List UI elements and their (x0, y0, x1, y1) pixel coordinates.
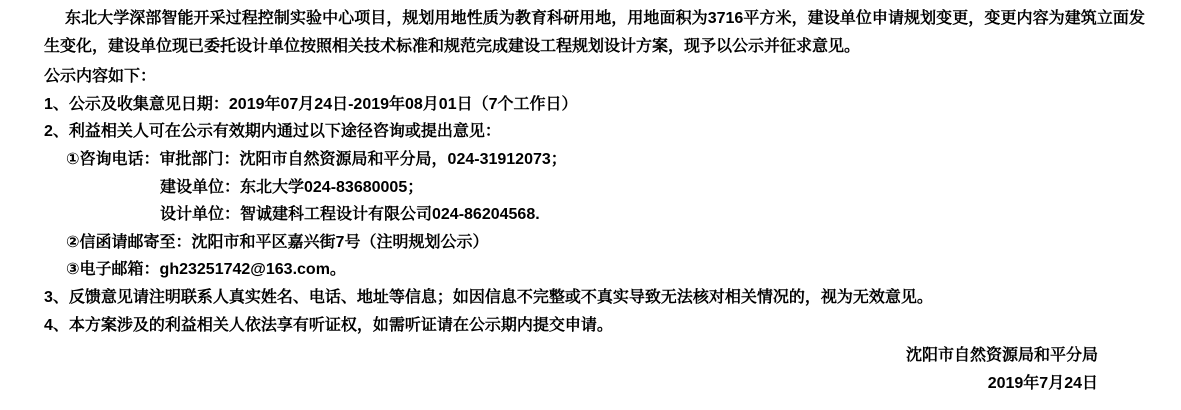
issue-date: 2019年7月24日 (44, 370, 1098, 398)
notice-item-4-hearing-rights: 4、本方案涉及的利益相关人依法享有听证权，如需听证请在公示期内提交申请。 (44, 312, 1145, 340)
contact-phone-construction-unit: 建设单位：东北大学024-83680005； (44, 174, 1145, 202)
contact-email: ③电子邮箱：gh23251742@163.com。 (44, 256, 1145, 284)
notice-item-2-feedback-channels: 2、利益相关人可在公示有效期内通过以下途径咨询或提出意见： (44, 118, 1145, 146)
contact-mail-address: ②信函请邮寄至：沈阳市和平区嘉兴街7号（注明规划公示） (44, 229, 1145, 257)
notice-document: 东北大学深部智能开采过程控制实验中心项目，规划用地性质为教育科研用地，用地面积为… (0, 0, 1181, 410)
notice-item-3-feedback-requirements: 3、反馈意见请注明联系人真实姓名、电话、地址等信息；如因信息不完整或不真实导致无… (44, 284, 1145, 312)
notice-item-1-publicity-dates: 1、公示及收集意见日期：2019年07月24日-2019年08月01日（7个工作… (44, 91, 1145, 119)
contact-phone-approval-department: ①咨询电话：审批部门：沈阳市自然资源局和平分局，024-31912073； (44, 146, 1145, 174)
contact-phone-design-unit: 设计单位：智诚建科工程设计有限公司024-86204568. (44, 201, 1145, 229)
issuer-signature: 沈阳市自然资源局和平分局 (44, 342, 1098, 370)
notice-intro-paragraph: 东北大学深部智能开采过程控制实验中心项目，规划用地性质为教育科研用地，用地面积为… (44, 5, 1145, 60)
section-heading: 公示内容如下： (44, 63, 1145, 91)
